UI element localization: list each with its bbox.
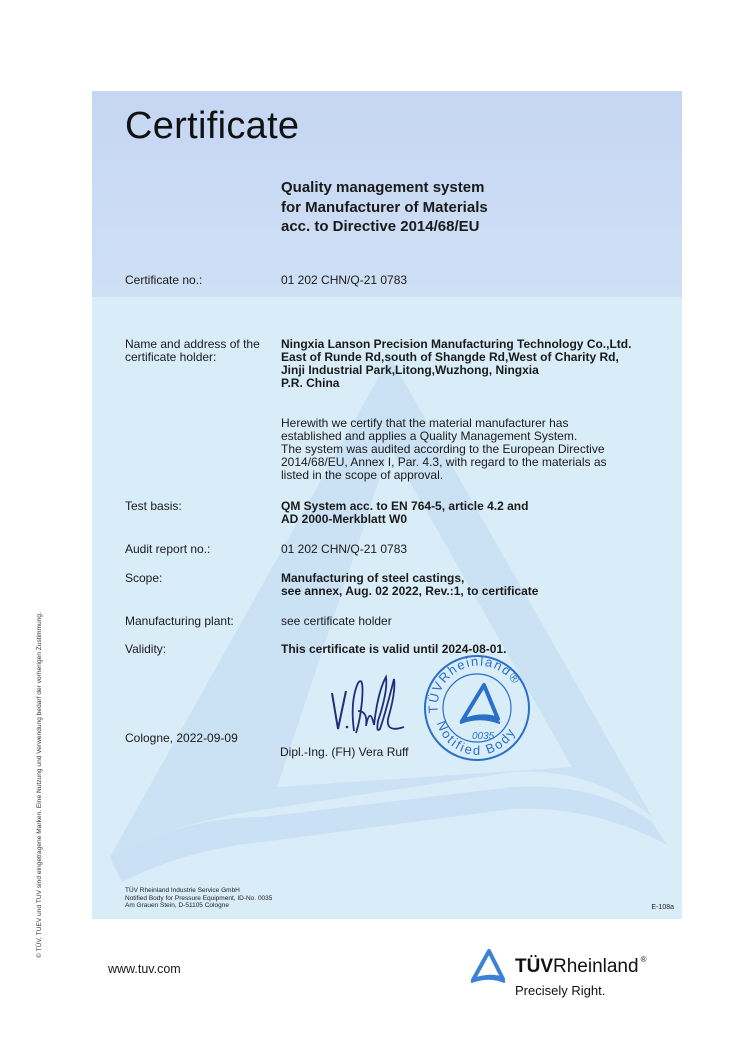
svg-text:TÜVRheinland®: TÜVRheinland® [425,653,524,713]
audit-report-label: Audit report no.: [125,543,275,556]
certificate-number-value: 01 202 CHN/Q-21 0783 [281,274,665,287]
test-basis-label: Test basis: [125,500,275,513]
brand-name: TÜVRheinland® [515,956,646,978]
tuv-rheinland-brand: TÜVRheinland® Precisely Right. [467,949,677,1005]
brand-rheinland: Rheinland [553,956,639,977]
issuer-info: TÜV Rheinland Industrie Service GmbH Not… [125,887,272,910]
holder-label: Name and address of the certificate hold… [125,338,275,364]
signer-name: Dipl.-Ing. (FH) Vera Ruff [280,745,408,759]
signature-icon [328,671,408,746]
subtitle-line: acc. to Directive 2014/68/EU [281,217,488,237]
audit-report-value: 01 202 CHN/Q-21 0783 [281,543,665,556]
subtitle-line: Quality management system [281,178,488,198]
statement-line: listed in the scope of approval. [281,469,665,482]
tuv-watermark-triangle-icon [92,297,682,919]
holder-country: P.R. China [281,377,665,390]
certification-statement: Herewith we certify that the material ma… [281,417,665,482]
validity-label: Validity: [125,643,275,656]
holder-label-line: certificate holder: [125,351,275,364]
scope-value: Manufacturing of steel castings, see ann… [281,572,665,598]
tuv-notified-body-stamp-icon: TÜVRheinland® Notified Body 0035 [422,653,532,763]
tuv-triangle-logo-icon [467,949,507,985]
issuer-body-id: Notified Body for Pressure Equipment, ID… [125,895,272,903]
place-and-date: Cologne, 2022-09-09 [125,731,238,745]
registered-mark: ® [641,955,647,964]
scope-label: Scope: [125,572,275,585]
trademark-side-note: © TÜV, TUEV und TUV sind eingetragene Ma… [36,612,43,958]
certificate-title: Certificate [125,105,299,148]
plant-value: see certificate holder [281,615,665,628]
certificate-subtitle: Quality management system for Manufactur… [281,178,488,237]
scope-line: see annex, Aug. 02 2022, Rev.:1, to cert… [281,585,665,598]
issuer-address: Am Grauen Stein, D-51105 Cologne [125,902,272,910]
certificate-document: Certificate Quality management system fo… [92,91,682,919]
holder-value: Ningxia Lanson Precision Manufacturing T… [281,338,665,390]
issuer-name: TÜV Rheinland Industrie Service GmbH [125,887,272,895]
brand-slogan: Precisely Right. [515,983,605,998]
test-basis-value: QM System acc. to EN 764-5, article 4.2 … [281,500,665,526]
plant-label: Manufacturing plant: [125,615,275,628]
test-basis-line: AD 2000-Merkblatt W0 [281,513,665,526]
brand-tuv: TÜV [515,956,553,977]
website-link[interactable]: www.tuv.com [108,962,181,976]
certificate-number-label: Certificate no.: [125,274,275,287]
subtitle-line: for Manufacturer of Materials [281,198,488,218]
form-code: E-108a [651,904,674,911]
svg-text:0035: 0035 [472,731,495,742]
